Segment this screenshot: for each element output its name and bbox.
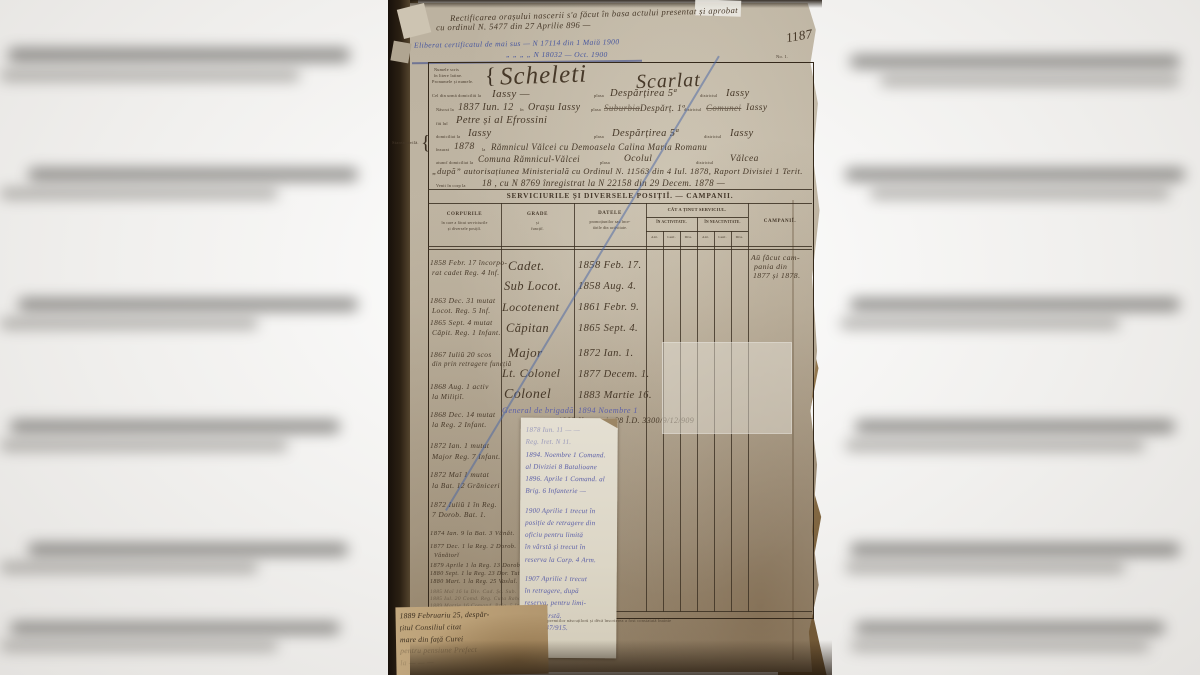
tape-patch bbox=[662, 342, 792, 434]
born-district-value: Iassy bbox=[746, 103, 768, 113]
header-months: Lunĭ. bbox=[663, 236, 680, 240]
header-dates-l2: promoțiunilor sau înce- bbox=[574, 220, 646, 224]
campaign-note-l3: 1877 și 1878. bbox=[753, 271, 800, 280]
corps-entry: Vânătorĭ bbox=[434, 552, 459, 559]
born-place-value: Orașu Iassy bbox=[528, 102, 580, 113]
authorization-line: „după” autorisațiunea Ministerială cu Or… bbox=[432, 166, 803, 176]
domicile-plasa-value: Despărțirea 5ª bbox=[610, 88, 677, 99]
grade-entry: Locotenent bbox=[502, 300, 559, 315]
header-years: Anĭ. bbox=[697, 236, 714, 240]
screenshot-stage: Rectificarea orașului nascerii s'a făcut… bbox=[0, 0, 1200, 675]
campaign-note-l1: Aŭ făcut cam- bbox=[751, 253, 800, 262]
pasted-note-line: 1900 Aprilie 1 trecut în bbox=[525, 504, 613, 517]
top-shadow bbox=[410, 0, 822, 8]
corps-entry: 1872 Maĭ 1 mutat bbox=[430, 470, 489, 479]
campaign-note-l2: pania din bbox=[754, 262, 787, 271]
born-district-struck: Comunei bbox=[706, 103, 741, 113]
rule bbox=[428, 246, 812, 247]
bg-blur-line bbox=[840, 318, 1120, 329]
bg-blur-line bbox=[0, 440, 288, 451]
corps-entry: 1877 Dec. 1 la Reg. 2 Dorob. bbox=[430, 543, 516, 550]
certificate-note-line2: „ „ „ „ N 18032 — Oct. 1900 bbox=[506, 50, 608, 59]
born-plasa-value: Despărț. 1ª bbox=[640, 103, 685, 113]
bg-blur-line bbox=[10, 420, 340, 433]
bg-blur-line bbox=[850, 543, 1180, 556]
date-entry: 1877 Decem. 1. bbox=[578, 369, 650, 380]
date-entry: 1861 Febr. 9. bbox=[578, 302, 639, 313]
form-number: No. 1. bbox=[776, 55, 788, 60]
domiciled-label: domiciliat la bbox=[436, 135, 460, 140]
corps-entry-label: Venit în corp la bbox=[436, 184, 466, 189]
born-label: Născut la bbox=[436, 108, 454, 113]
pasted-note-line: oficiu pentru limită bbox=[525, 529, 613, 542]
bg-blur-line bbox=[850, 641, 1150, 651]
domicile-label: Cel din urmă domiciliŭ la bbox=[432, 94, 481, 99]
name-brace: { bbox=[485, 64, 496, 88]
then-plasa-label: plasa bbox=[600, 161, 610, 166]
header-grades-l1: GRADE bbox=[501, 212, 574, 218]
pasted-note-line: 1907 Aprilie 1 trecut bbox=[525, 572, 613, 585]
rule bbox=[428, 203, 812, 204]
header-corps-l3: și diversele posițiĭ. bbox=[428, 227, 501, 231]
bg-blur-line bbox=[855, 420, 1175, 433]
corps-entry: Căpit. Reg. 1 Infant. bbox=[432, 328, 501, 337]
header-service-duration: CÂT A ȚINUT SERVICIUL. bbox=[646, 208, 748, 213]
domiciled-district-value: Iassy bbox=[730, 128, 754, 139]
header-grades-l2: și bbox=[501, 221, 574, 225]
rule bbox=[428, 249, 812, 250]
corps-entry: din prin retragere funcțiă bbox=[432, 361, 512, 368]
date-entry: 1865 Sept. 4. bbox=[578, 323, 638, 334]
corps-entry: 1880 Sept. 1 la Reg. 23 Dor. Tut. bbox=[430, 571, 522, 577]
born-date-value: 1837 Iun. 12 bbox=[458, 102, 514, 113]
header-days: Dile. bbox=[680, 236, 697, 240]
pasted-note-line: Brig. 6 Infanterie — bbox=[525, 485, 613, 498]
corps-entry: 1863 Dec. 31 mutat bbox=[430, 296, 496, 305]
name-label-l1: Numele scris bbox=[434, 68, 459, 73]
pasted-note-line: 1878 Iun. 11 — — bbox=[526, 424, 614, 437]
bg-blur-line bbox=[0, 562, 258, 573]
bg-blur-line bbox=[0, 70, 300, 81]
corps-entry: Locot. Reg. 5 Inf. bbox=[432, 306, 491, 315]
date-entry: 1883 Martie 16. bbox=[578, 390, 652, 401]
bg-blur-line bbox=[10, 622, 340, 634]
born-plasa-label: plasa bbox=[591, 108, 601, 113]
civil-status-brace: { bbox=[421, 132, 431, 154]
born-in-label: în bbox=[520, 108, 524, 113]
bg-blur-line bbox=[845, 440, 1145, 451]
pasted-note-line: 1896. Aprile 1 Comand. al bbox=[525, 473, 613, 486]
name-label-l2: în litere latine. bbox=[434, 74, 462, 79]
header-dates-l3: tările din activitate. bbox=[574, 226, 646, 230]
grade-entry: Cadet. bbox=[508, 258, 545, 274]
header-in-activity: ÎN ACTIVITATE. bbox=[646, 221, 697, 225]
domiciled-plasa-label: plasa bbox=[594, 135, 604, 140]
header-months: Lunĭ. bbox=[714, 236, 731, 240]
bg-blur-line bbox=[855, 622, 1165, 634]
rule bbox=[646, 203, 647, 612]
corps-entry: la Reg. 2 Infant. bbox=[432, 420, 487, 429]
domicile-district-value: Iassy bbox=[726, 88, 750, 99]
bg-blur-line bbox=[28, 168, 358, 181]
bg-blur-line bbox=[0, 188, 278, 199]
corps-entry: 1868 Dec. 14 mutat bbox=[430, 410, 496, 419]
header-corps-l2: în care a făcut serviciurile bbox=[428, 221, 501, 225]
header-dates-l1: DATELE bbox=[574, 211, 646, 217]
header-grades-l3: funcțiĭ. bbox=[501, 227, 574, 231]
corps-entry: la Bat. 12 Grăniceri bbox=[432, 481, 500, 490]
then-district-label: districtul bbox=[696, 161, 713, 166]
pasted-note-line: posiție de retragere din bbox=[525, 516, 613, 529]
footer-fine-print: data premiilor născuțilorŭ și dĕcă înscr… bbox=[538, 619, 812, 624]
date-entry: 1872 Ian. 1. bbox=[578, 348, 634, 359]
corps-entry: 1885 Maĭ 16 la Div. Cad. Șc. Sub. bbox=[430, 589, 517, 595]
bg-blur-line bbox=[850, 298, 1180, 311]
corps-entry: 1885 Iul. 20 Comd. Reg. Cuza Rahova bbox=[430, 596, 527, 602]
bg-blur-line bbox=[28, 543, 348, 556]
married-place-value: Rămnicul Vălcei cu Demoasela Calina Mari… bbox=[491, 142, 707, 152]
pasted-note-line: reserva la Corp. 4 Arm. bbox=[525, 553, 613, 566]
then-district-value: Vălcea bbox=[730, 154, 759, 164]
corps-entry: 1858 Febr. 17 încorpo- bbox=[430, 258, 507, 267]
header-days: Dile. bbox=[731, 236, 748, 240]
bg-blur-line bbox=[0, 318, 258, 329]
pasted-note-line: în retragere, după bbox=[525, 585, 613, 598]
corps-entry: 1867 Iuliŭ 20 scos bbox=[430, 350, 492, 359]
bg-blur-line bbox=[880, 75, 1180, 86]
header-corps-l1: CORPURILE bbox=[428, 212, 501, 218]
then-domiciled-value: Comuna Rămnicul-Vălcei bbox=[478, 154, 580, 164]
header-years: Anĭ. bbox=[646, 236, 663, 240]
domicile-value: Iassy — bbox=[492, 88, 530, 100]
grade-entry: General de brigadă bbox=[502, 406, 574, 415]
civil-status-label: Starea civilă. bbox=[392, 140, 424, 145]
register-page-photo: Rectificarea orașului nascerii s'a făcut… bbox=[388, 0, 832, 675]
corps-entry: 1880 Mart. 1 la Reg. 25 Vasluĭ. bbox=[430, 579, 518, 585]
date-entry: 1858 Feb. 17. bbox=[578, 260, 642, 271]
grade-entry: Sub Locot. bbox=[504, 279, 561, 294]
corps-entry: rat cadet Reg. 4 Inf. bbox=[432, 268, 500, 277]
corps-entry: la Milițiĭ. bbox=[432, 392, 464, 401]
domiciled-value: Iassy bbox=[468, 128, 492, 139]
married-year-value: 1878 bbox=[454, 142, 475, 152]
plasa-label: plasa bbox=[594, 94, 604, 99]
pasted-note-line: 1894. Noembre 1 Comand. bbox=[526, 448, 614, 461]
married-at-label: la bbox=[482, 148, 486, 153]
corps-entry: Major Reg. 7 Infant. bbox=[432, 452, 501, 461]
paper-scrap bbox=[390, 41, 411, 64]
pasted-note-line: al Diviziei 8 Batalioane bbox=[525, 460, 613, 473]
son-of-label: fiŭ luĭ bbox=[436, 122, 448, 127]
table-title: SERVICIURILE ȘI DIVERSELE POSIȚIĬ. — CAM… bbox=[428, 192, 812, 200]
bg-blur-line bbox=[0, 641, 278, 651]
surname-value: Scheleti bbox=[500, 60, 588, 91]
name-label-l3: Pronumele și numele. bbox=[432, 80, 473, 85]
married-label: însurat bbox=[436, 148, 449, 153]
bg-blur-line bbox=[845, 562, 1125, 573]
bg-blur-line bbox=[18, 298, 358, 311]
born-plasa-struck: Suburbia bbox=[604, 103, 640, 113]
parents-value: Petre și al Efrossini bbox=[456, 115, 547, 126]
pasted-note-line: în vârstă și trecut în bbox=[525, 541, 613, 554]
date-entry: 1894 Noembre 1 bbox=[578, 406, 638, 415]
header-in-inactivity: ÎN NEACTIVITATE. bbox=[697, 221, 748, 225]
then-plasa-value: Ocolul bbox=[624, 154, 652, 164]
pasted-note-line: Reg. Iret. N 11. bbox=[526, 436, 614, 449]
bg-blur-line bbox=[850, 55, 1180, 68]
grade-entry: Căpitan bbox=[506, 321, 549, 336]
corps-entry: 1865 Sept. 4 mutat bbox=[430, 318, 493, 327]
then-domiciled-label: atuncĭ domiciliat la bbox=[436, 161, 473, 166]
corps-entry: 1868 Aug. 1 activ bbox=[430, 382, 489, 391]
corps-entry: 7 Dorob. Bat. 1. bbox=[432, 510, 486, 519]
bg-blur-line bbox=[8, 48, 350, 62]
bg-blur-line bbox=[870, 188, 1170, 199]
corps-entry-value: 18 , cu N 8769 înregistrat la N 22158 di… bbox=[482, 178, 725, 188]
bottom-shadow bbox=[410, 640, 832, 675]
rule bbox=[428, 189, 812, 190]
corps-entry: 1879 Aprile 1 la Reg. 13 Dorob. bbox=[430, 562, 522, 569]
corps-entry: 1874 Ian. 9 la Bat. 3 Vânăt. bbox=[430, 530, 515, 537]
bg-blur-line bbox=[845, 168, 1185, 181]
header-campaigns: CAMPANIĬ. bbox=[748, 219, 812, 225]
corps-entry: 1872 Iuliŭ 1 în Reg. bbox=[430, 500, 497, 509]
date-entry: 1858 Aug. 4. bbox=[578, 281, 636, 292]
domiciled-district-label: districtul bbox=[704, 135, 721, 140]
district-label: districtul bbox=[700, 94, 717, 99]
